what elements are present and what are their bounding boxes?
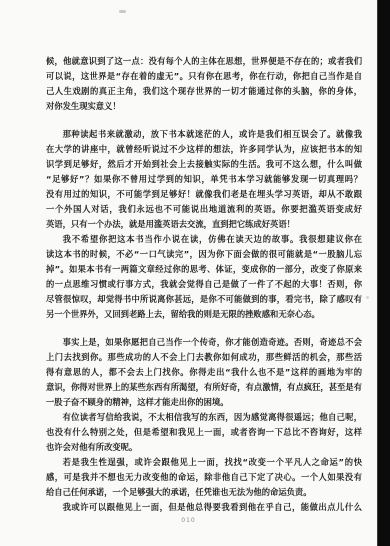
text-line: 读这本书的时候，不必“一口气读完”，因为你下面会做的很可能就是“一股脑儿忘 [46,247,362,262]
paragraph: 候，他就意识到了这一点：没有每个人的主体在思想，世界便是不存在的；或者我们可以说… [46,54,362,114]
scan-edge-artifact [377,0,390,546]
text-line: 也许会对他有所改变呢。 [46,440,362,455]
text-line: 另一个世界外，又回到老路上去，留给我的则是无限的挫败感和无奈心态。 [46,307,362,322]
text-line: 给自己任何承诺，一个足够强大的承诺，任凭谁也无法为他的命运负责。 [46,485,362,500]
text-line: 那种读起书来就激动，放下书本就迷茫的人，或许是我们相互误会了。就像我 [46,127,362,142]
text-line: 掉”。如果本书有一两篇文章经过你的思考、体证，变成你的一部分，改变了你原来 [46,262,362,277]
text-line: “足够好”？如果你不曾用过学到的知识，单凭书本学习就能够发现一切真理吗？ [46,172,362,187]
text-line: 事实上是，如果你愿把自己当作一个传奇，你才能创造奇迹。否则，奇迹总不会 [46,335,362,350]
text-line: 一个外国人对话，我们永远也不可能说出地道流利的英语。你要把滥英语变成好 [46,202,362,217]
text-line: 意识，你得对世界上的某些东西有所渴望，有所好奇，有点激情，有点疯狂，甚至是有 [46,380,362,395]
text-line: 尽管很惊叹，却觉得书中所说离你甚远，是你不可能做到的事，看完书，除了感叹有 [46,292,362,307]
text-line: 可以说，这世界是“存在着的虚无”。只有你在思考，你在行动，你把自己当作是自 [46,69,362,84]
text-line: 在大学的讲座中，就曾经听说过不少这样的想法，许多同学认为，应该把书本的知 [46,142,362,157]
text-line: 的一点思维习惯或行事方式，我就会觉得自己是做了一件了不起的大事！否则，你 [46,277,362,292]
scan-speck-artifact [119,10,126,13]
paragraph: 我或许可以跟他见上一面，但是他总得要我看到他在乎自己，能做出点儿什么 [46,500,362,515]
text-line: 识学到足够好，然后才开始到社会上去接触实际的生活。我可不这么想，什么叫做 [46,157,362,172]
text-line: 候，他就意识到了这一点：没有每个人的主体在思想，世界便是不存在的；或者我们 [46,54,362,69]
text-line: 对你发生现实意义！ [46,99,362,114]
scanned-page: 候，他就意识到了这一点：没有每个人的主体在思想，世界便是不存在的；或者我们可以说… [0,0,390,546]
paragraph: 我不希望你把这本书当作小说在读，仿佛在读天边的故事。我很想建议你在读这本书的时候… [46,232,362,322]
text-line: 得有意思的人，都不会去上门找你。你得走出“我什么也不是”这样的画地为牢的 [46,365,362,380]
text-line: 感，可是我并不想也无力改变他的命运，除非他自己下定了决心。一个人如果没有 [46,470,362,485]
text-line: 我不希望你把这本书当作小说在读，仿佛在读天边的故事。我很想建议你在 [46,232,362,247]
text-line: 有位读者写信给我说，不太相信我写的东西，因为感觉离得很遥远；他自己呢， [46,410,362,425]
text-line: 我或许可以跟他见上一面，但是他总得要我看到他在乎自己，能做出点儿什么 [46,500,362,515]
paragraph: 那种读起书来就激动，放下书本就迷茫的人，或许是我们相互误会了。就像我在大学的讲座… [46,127,362,232]
text-line: 若是我生性逞强，或许会跟他见上一面，找找“改变一个平凡人之命运”的快 [46,455,362,470]
text-line: 英语，只有一个办法，就是用滥英语去交流，直到把它练成好英语！ [46,217,362,232]
text-block: 候，他就意识到了这一点：没有每个人的主体在思想，世界便是不存在的；或者我们可以说… [46,54,362,515]
text-line: 一股子奋不顾身的精神，这样才能走出你的困境。 [46,395,362,410]
text-line: 上门去找到你。那些成功的人不会上门去教你如何成功，那些鲜活的机会，那些活 [46,350,362,365]
paragraph: 事实上是，如果你愿把自己当作一个传奇，你才能创造奇迹。否则，奇迹总不会上门去找到… [46,335,362,410]
text-line: 己人生戏剧的真正主角，我们这个现存世界的一切才能通过你的头脑，你的身体， [46,84,362,99]
text-line: 没有用过的知识，不可能学到足够好！就像我们老是在埋头学习英语，却从不敢跟 [46,187,362,202]
page-number: 010 [0,517,377,524]
paragraph: 有位读者写信给我说，不太相信我写的东西，因为感觉离得很遥远；他自己呢，也没有什么… [46,410,362,455]
paragraph: 若是我生性逞强，或许会跟他见上一面，找找“改变一个平凡人之命运”的快感，可是我并… [46,455,362,500]
text-line: 也没有什么特别之处，但是希望和我见上一面，或者咨询一下总比不咨询好，这样 [46,425,362,440]
scan-speck-artifact [366,296,369,299]
